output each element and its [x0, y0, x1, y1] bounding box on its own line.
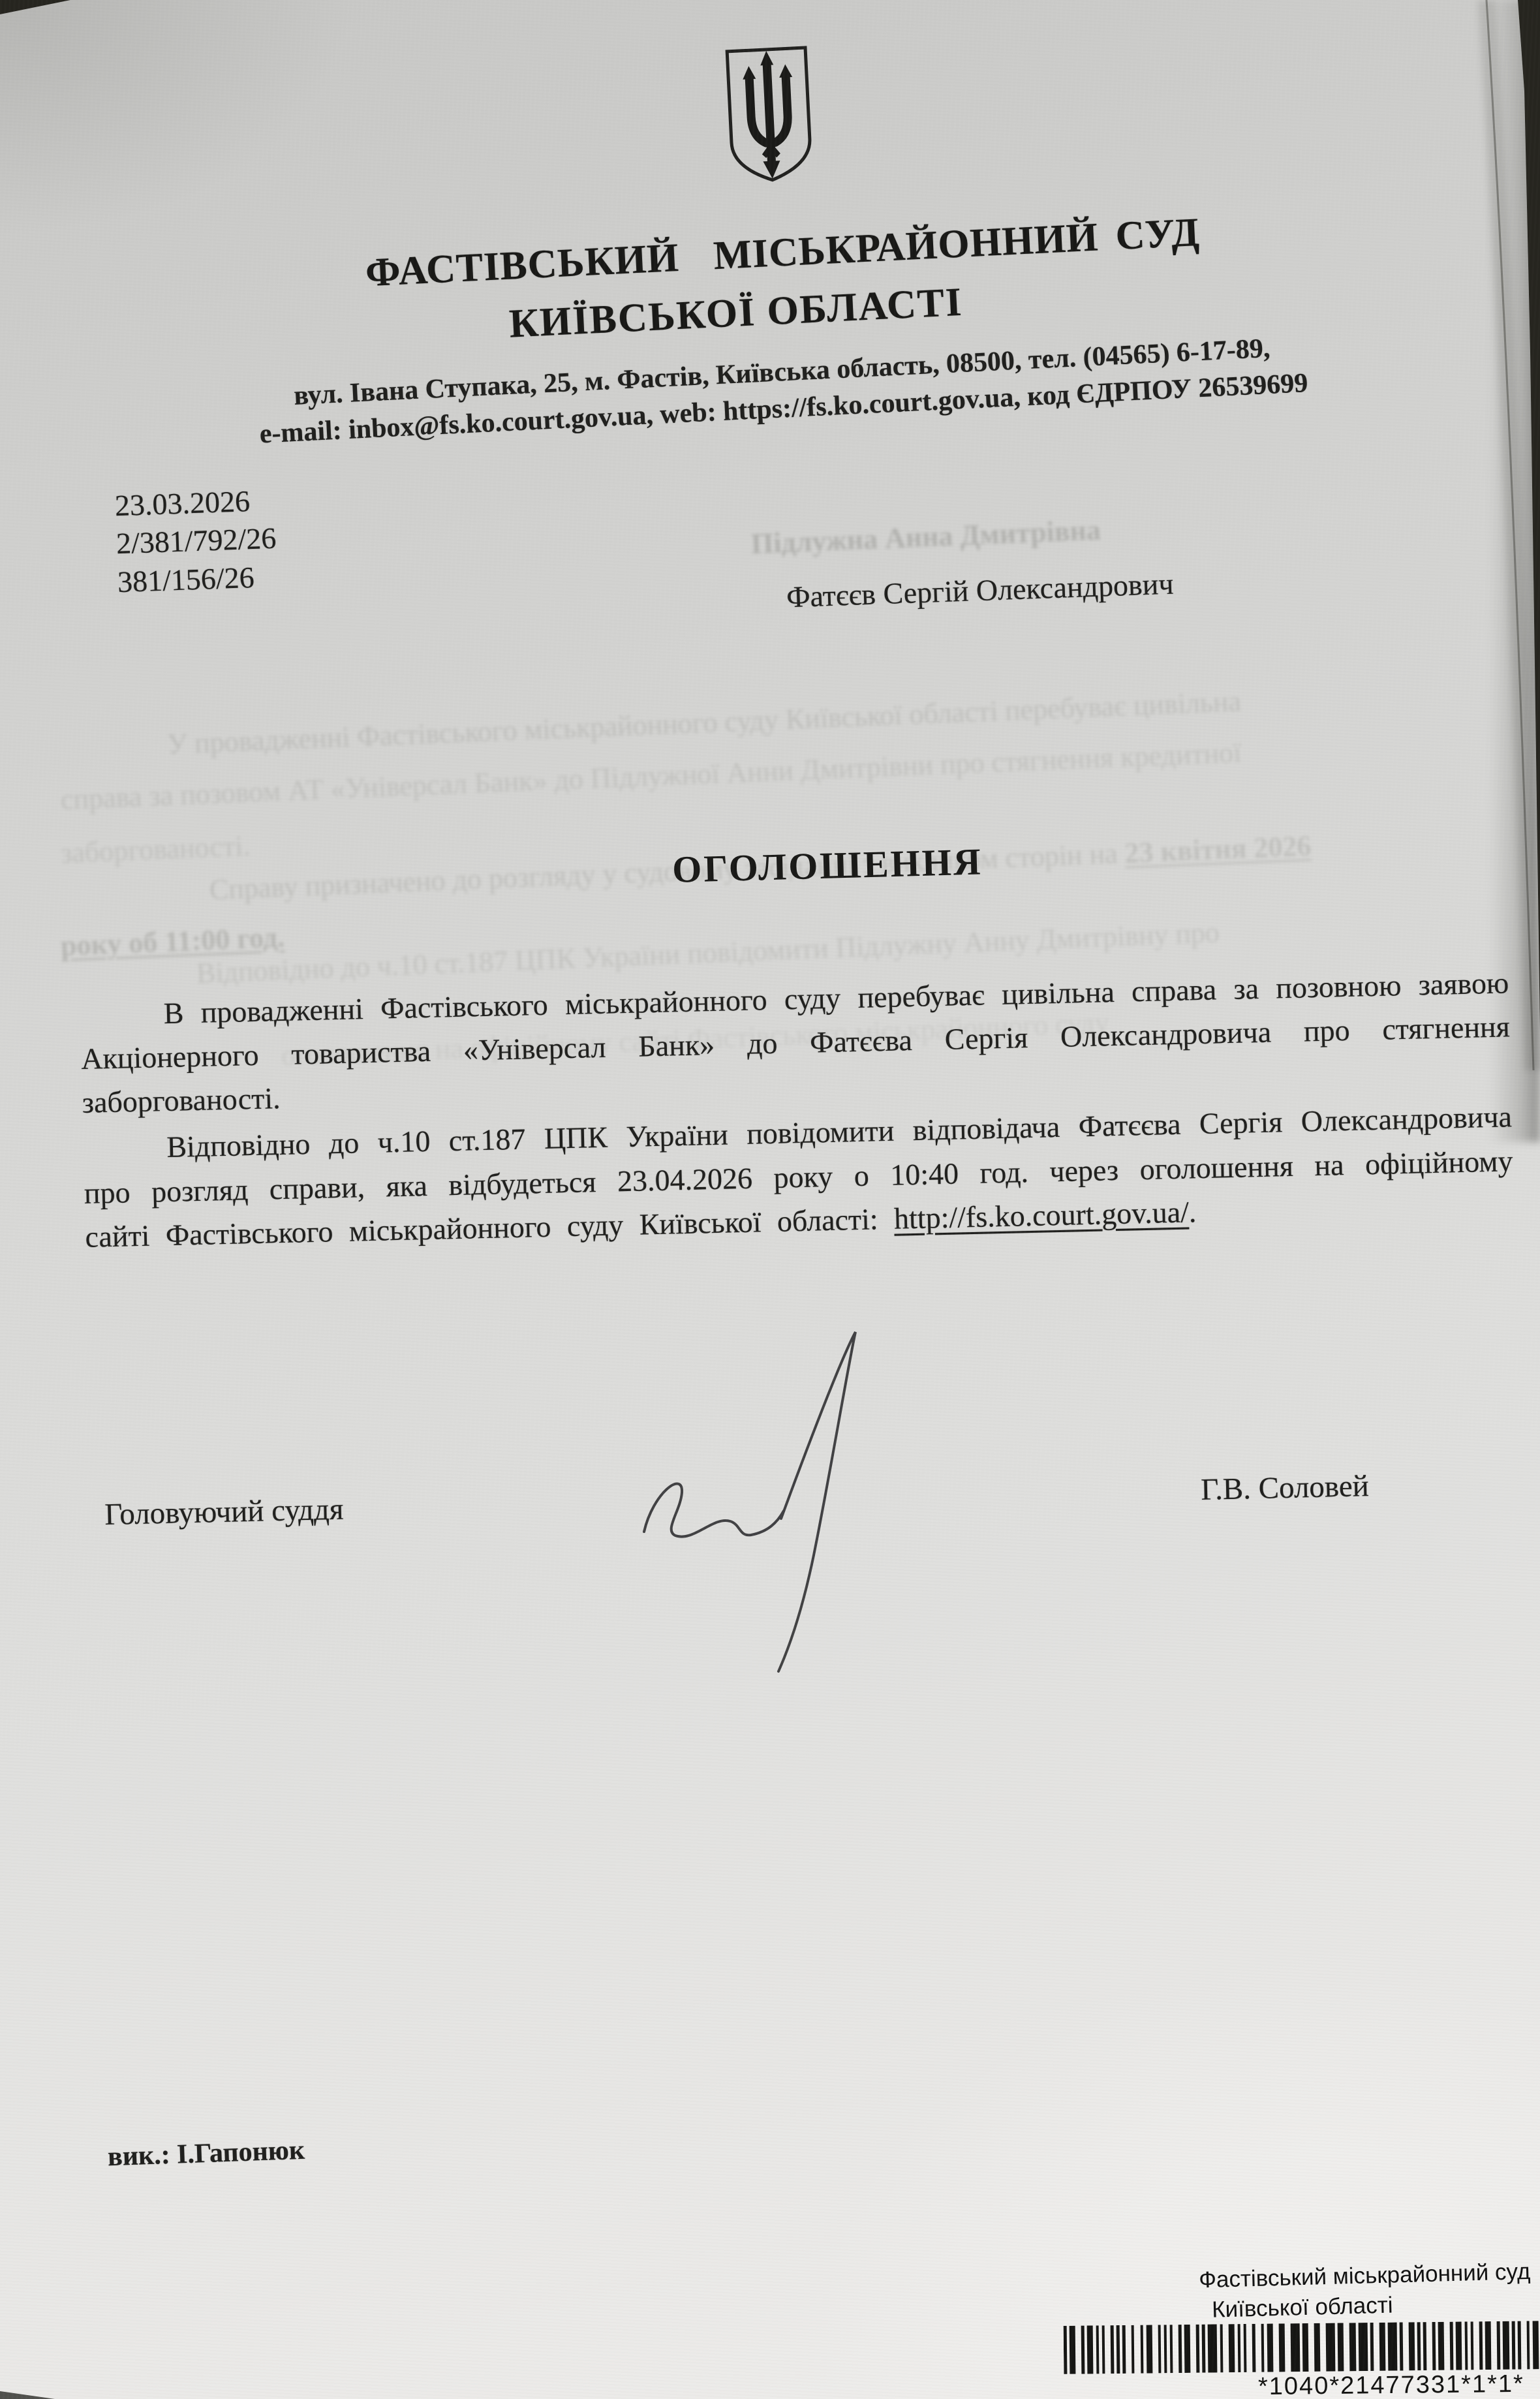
- document-date: 23.03.2026: [114, 482, 275, 525]
- body-paragraph-2-period: .: [1188, 1195, 1197, 1228]
- letterhead: ФАСТІВСЬКИЙ МІСЬКРАЙОННИЙ СУД КИЇВСЬКОЇ …: [0, 8, 1540, 463]
- paper-sheet: ФАСТІВСЬКИЙ МІСЬКРАЙОННИЙ СУД КИЇВСЬКОЇ …: [0, 0, 1540, 2399]
- handwritten-signature-icon: [610, 1315, 904, 1680]
- document-body: В провадженні Фастівського міськрайонног…: [80, 961, 1515, 1259]
- photographed-court-document: { "header": { "emblem_icon": "ukraine-tr…: [0, 0, 1540, 2399]
- case-meta-block: 23.03.2026 2/381/792/26 381/156/26: [114, 482, 278, 602]
- barcode: [1064, 2321, 1540, 2374]
- case-number: 2/381/792/26: [115, 519, 277, 563]
- bleed-through-recipient: Підлужна Анна Дмитрівна: [750, 513, 1101, 560]
- recipient-name: Фатєєв Сергій Олександрович: [786, 566, 1174, 615]
- judge-name: Г.В. Соловей: [1201, 1468, 1370, 1508]
- barcode-value: *1040*21477331*1*1*: [1258, 2370, 1524, 2399]
- body-paragraph-2-text: Відповідно до ч.10 ст.187 ЦПК України по…: [84, 1100, 1513, 1254]
- document-title: ОГОЛОШЕННЯ: [57, 824, 1540, 908]
- executor-line: вик.: І.Гапонюк: [107, 2135, 305, 2173]
- court-website-link: http://fs.ko.court.gov.ua/: [893, 1195, 1189, 1235]
- judge-role-label: Головуючий суддя: [104, 1492, 344, 1532]
- ukraine-trident-emblem-icon: [720, 44, 818, 187]
- registry-number: 381/156/26: [117, 558, 278, 602]
- bottom-left-corner-shadow: [0, 2389, 55, 2399]
